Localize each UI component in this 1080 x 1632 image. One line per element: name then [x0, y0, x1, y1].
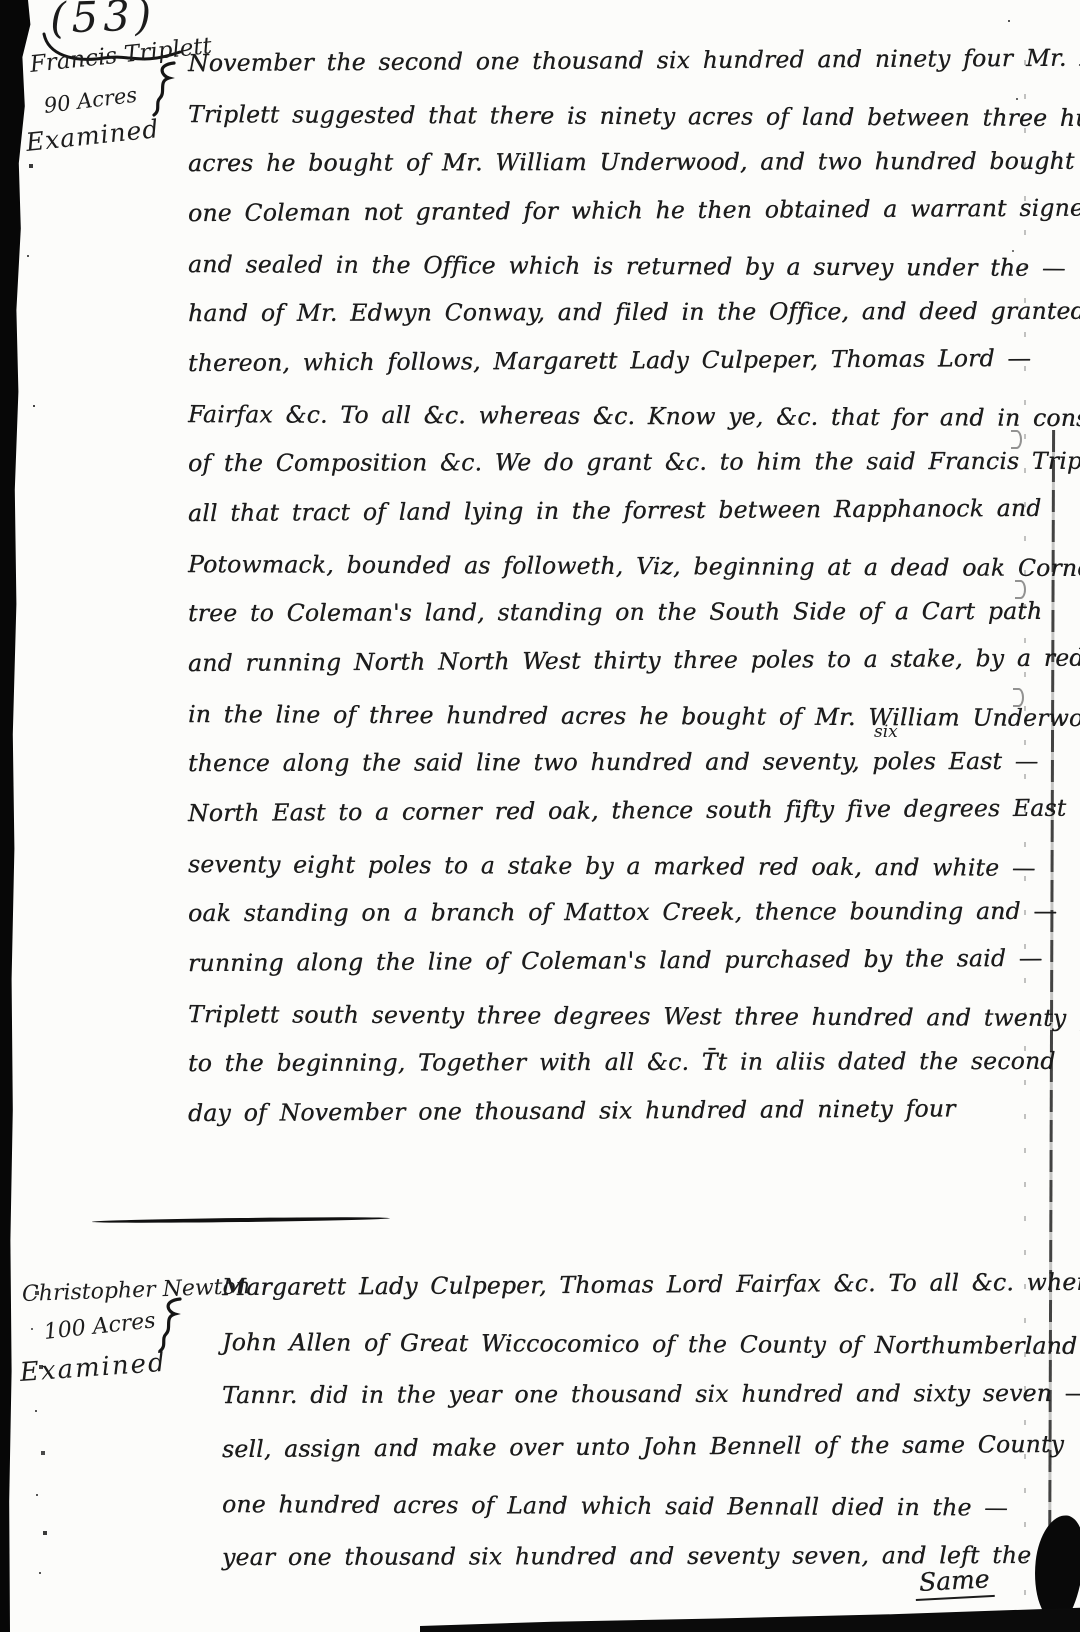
deed-text-line: running along the line of Coleman's land… — [188, 932, 1080, 988]
examined-label: Examined — [24, 114, 160, 157]
catchword: Same — [914, 1564, 994, 1601]
deed-text-line: Margarett Lady Culpeper, Thomas Lord Fai… — [222, 1254, 1080, 1314]
deed-entry-francis-triplett: November the second one thousand six hun… — [188, 38, 1080, 1138]
deed-text-line: hand of Mr. Edwyn Conway, and filed in t… — [188, 285, 1080, 338]
acreage-label: 90 Acres — [43, 83, 139, 118]
deed-entry-christopher-newton: Margarett Lady Culpeper, Thomas Lord Fai… — [222, 1260, 1080, 1584]
deed-book-page-scan: (53) Francis Triplett 90 Acres Examined … — [0, 0, 1080, 1632]
scan-speckles — [0, 0, 2, 2]
margin-brace-icon — [156, 1296, 186, 1356]
acreage-label: 100 Acres — [43, 1308, 157, 1345]
scan-edge-bar — [420, 1605, 1080, 1632]
deed-text-line: Tannr. did in the year one thousand six … — [222, 1366, 1080, 1422]
deed-text-line: of the Composition &c. We do grant &c. t… — [188, 435, 1080, 488]
deed-text-line: John Allen of Great Wiccocomico of the C… — [222, 1315, 1080, 1373]
deed-text-line: day of November one thousand six hundred… — [188, 1082, 1080, 1138]
deed-text-line: November the second one thousand six hun… — [188, 32, 1080, 88]
deed-text-line: tree to Coleman's land, standing on the … — [188, 585, 1080, 638]
margin-brace-icon — [150, 60, 180, 120]
deed-text-line: thereon, which follows, Margarett Lady C… — [188, 332, 1080, 388]
deed-text-line: all that tract of land lying in the forr… — [188, 482, 1080, 538]
interlined-word: six — [874, 722, 898, 742]
examined-label: Examined — [19, 1348, 168, 1388]
deed-text-line: one hundred acres of Land which said Ben… — [222, 1477, 1080, 1535]
deed-text-line: oak standing on a branch of Mattox Creek… — [188, 885, 1080, 938]
deed-text-line: and running North North West thirty thre… — [188, 632, 1080, 688]
deed-text-line: one Coleman not granted for which he the… — [188, 182, 1080, 238]
deed-text-line: sell, assign and make over unto John Ben… — [222, 1416, 1080, 1476]
deed-text-line: acres he bought of Mr. William Underwood… — [188, 135, 1080, 188]
deed-text-line: North East to a corner red oak, thence s… — [188, 782, 1080, 838]
section-divider-rule — [92, 1216, 390, 1224]
deed-text-line: to the beginning, Together with all &c. … — [188, 1035, 1080, 1088]
deed-text-line: thence along the said line two hundred a… — [188, 735, 1080, 788]
grantee-name: Christopher Newton — [22, 1274, 251, 1307]
